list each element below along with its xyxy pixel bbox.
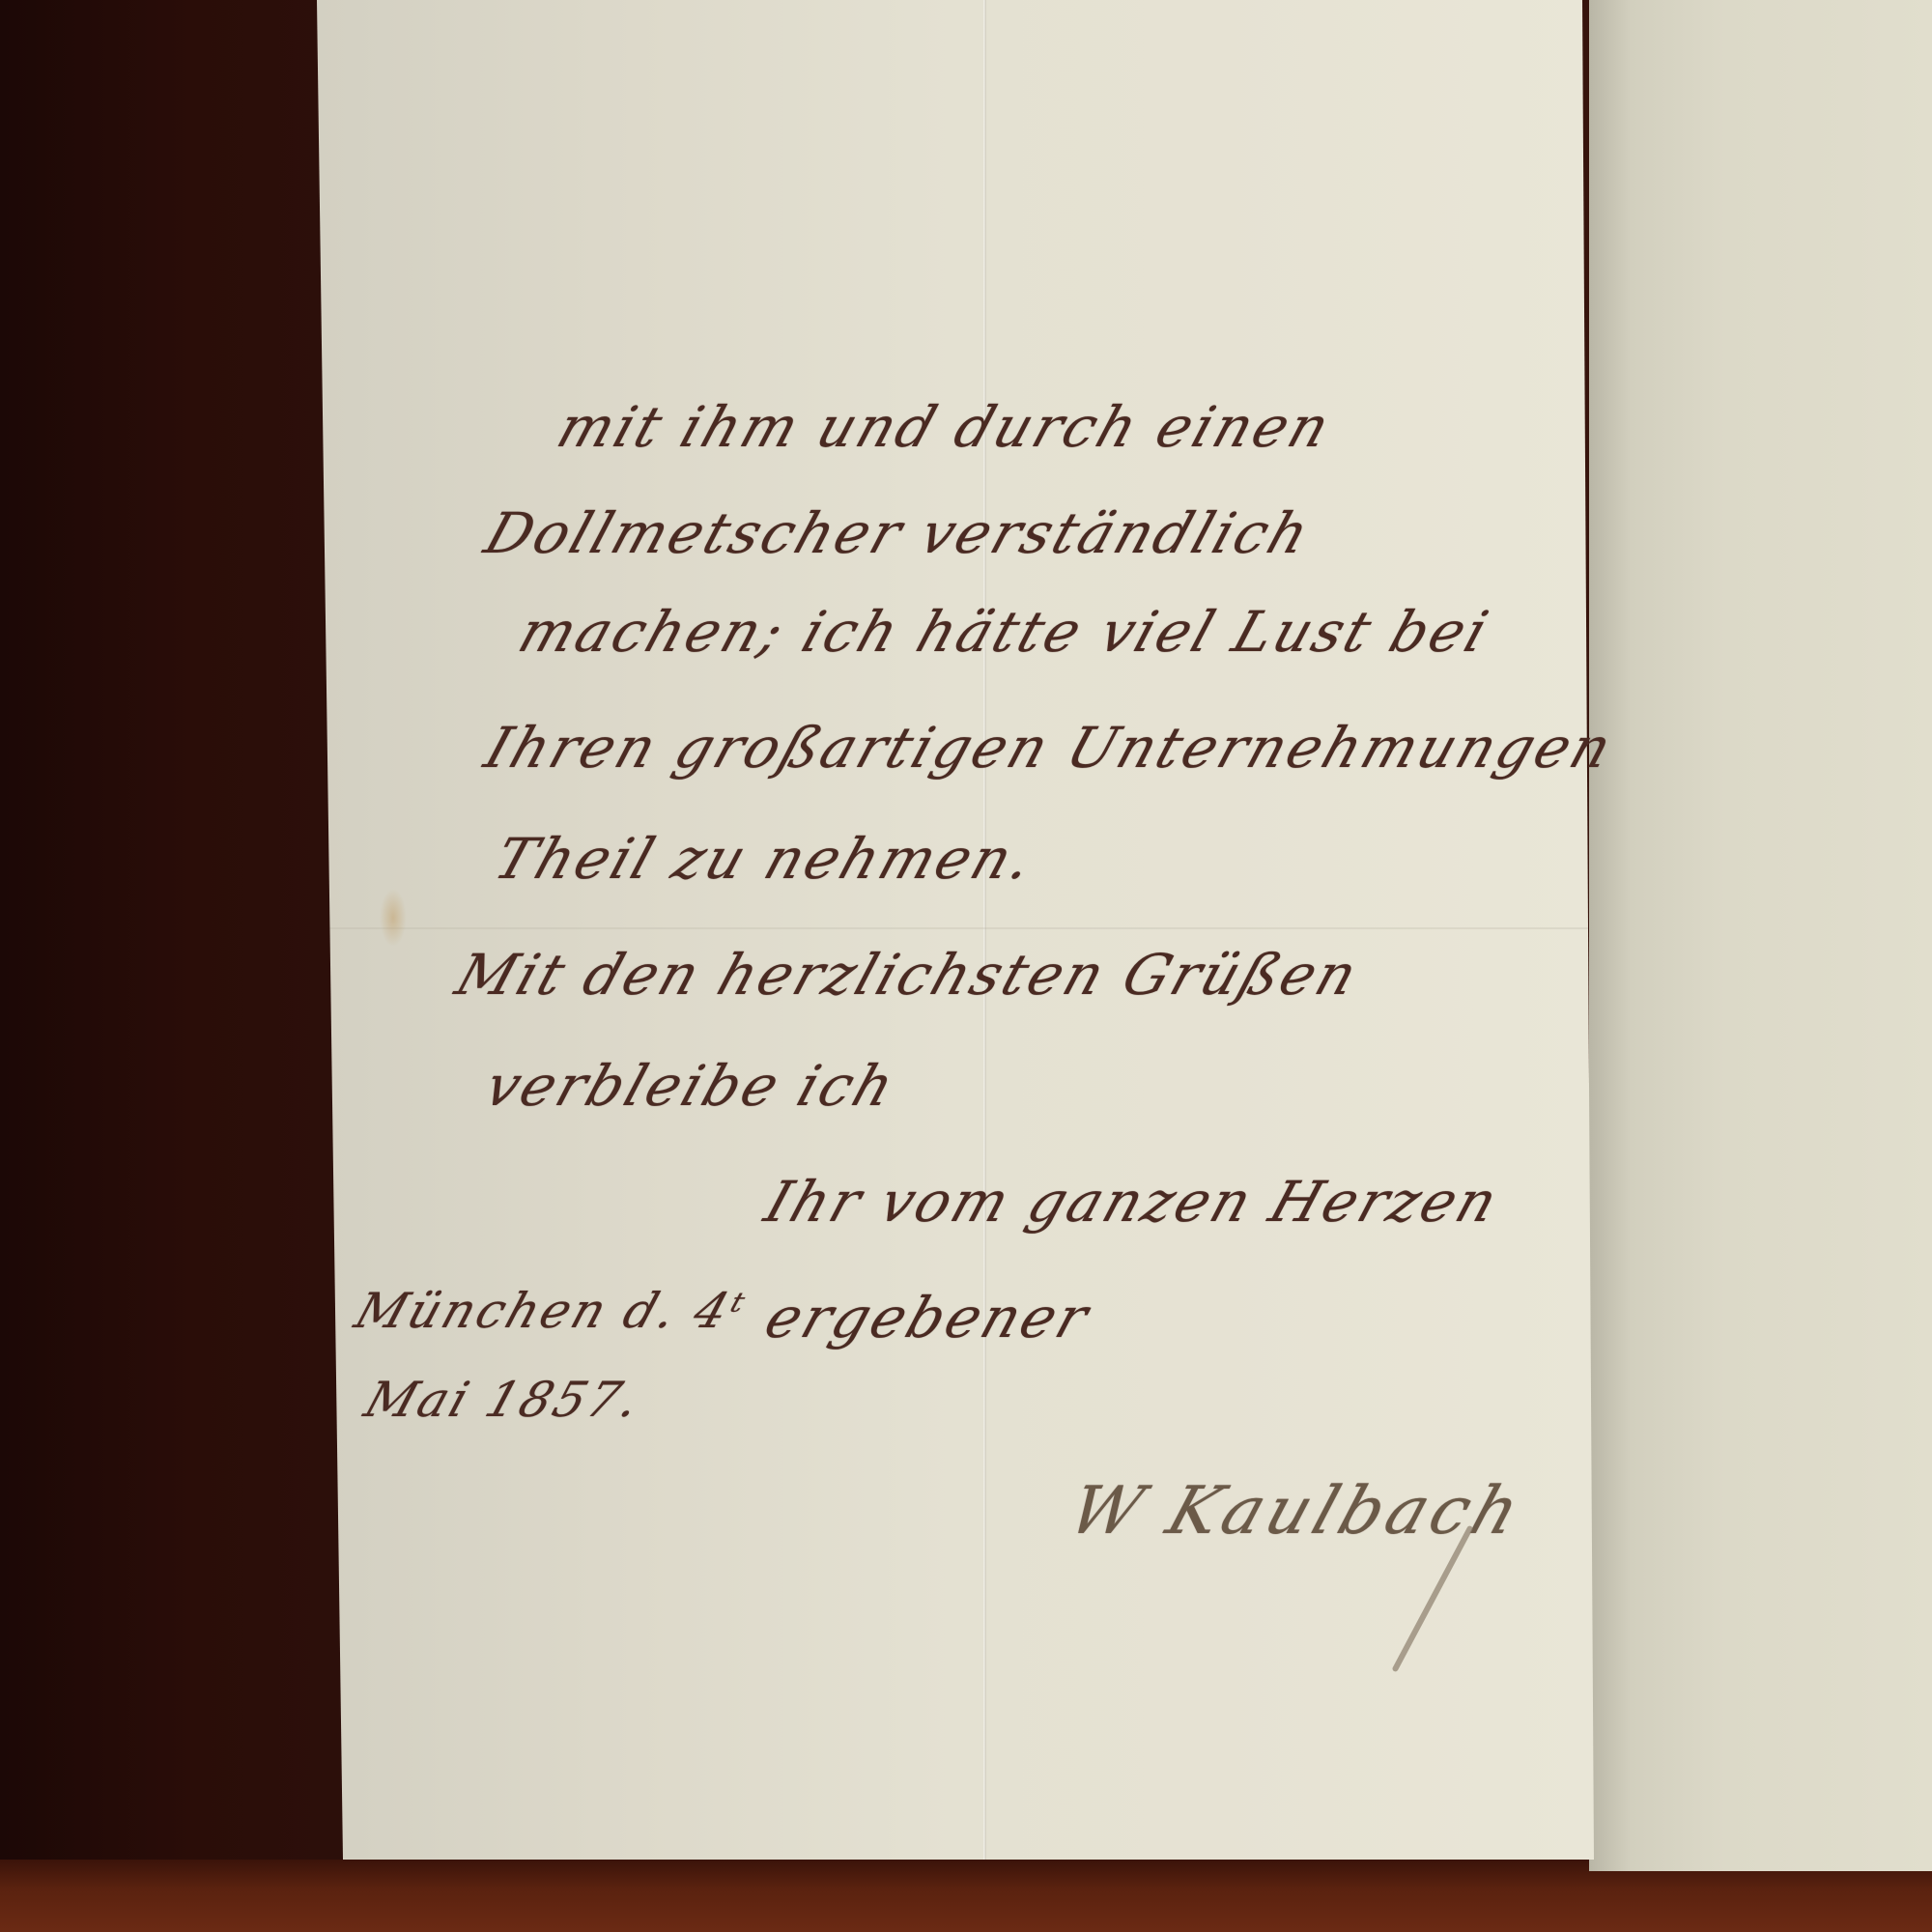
letter-line-1: mit ihm und durch einen — [550, 394, 1340, 460]
closing-line-2: ergebener — [757, 1285, 1098, 1350]
letter-line-2: Dollmetscher verständlich — [477, 500, 1320, 566]
place-date-line-2: Mai 1857. — [358, 1372, 650, 1428]
folded-sheet-right-leaf — [1589, 0, 1932, 1871]
letter-line-3: machen; ich hätte viel Lust bei — [511, 599, 1498, 665]
closing-line-1: Ihr vom ganzen Herzen — [757, 1169, 1508, 1235]
letter-line-7: verbleibe ich — [477, 1053, 905, 1119]
vertical-fold-crease — [983, 0, 986, 1860]
letter-line-4: Ihren großartigen Unternehmungen — [477, 715, 1622, 781]
place-date-line-1: München d. 4ᵗ — [349, 1283, 753, 1339]
letter-line-6: Mit den herzlichsten Grüßen — [448, 942, 1368, 1008]
letter-page — [317, 0, 1594, 1860]
foxing-stain — [380, 889, 407, 947]
horizontal-fold-crease — [317, 927, 1594, 929]
letter-line-5: Theil zu nehmen. — [487, 826, 1044, 892]
